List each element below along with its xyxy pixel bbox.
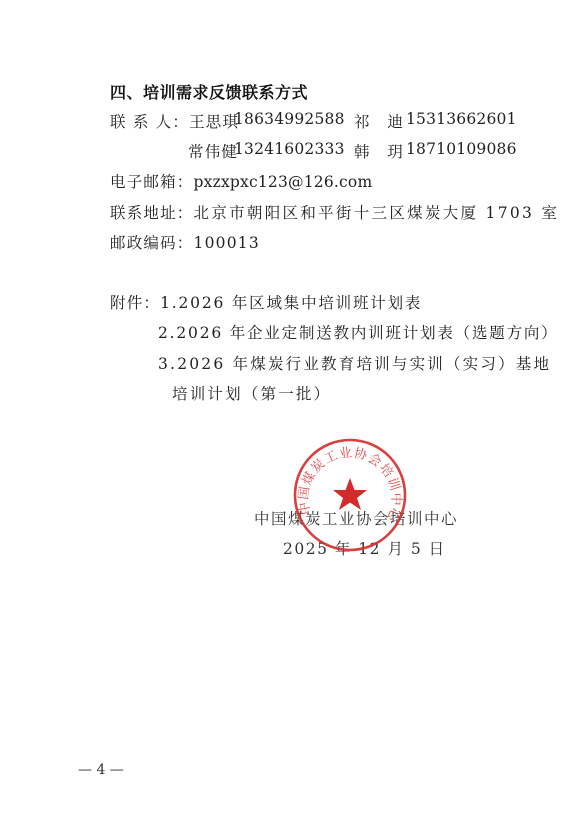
star-icon [333,478,367,510]
postcode-value: 100013 [194,234,260,252]
contact-name: 韩 玥 [354,140,404,162]
contact-name: 祁 迪 [354,110,404,132]
contact-phone: 18710109086 [406,140,517,158]
attachment-item: 培训计划（第一批） [172,382,331,404]
contact-name: 常伟健 [188,143,238,161]
address-label: 联系地址： [110,204,194,222]
section-heading: 四、培训需求反馈联系方式 [110,80,308,103]
email-label: 电子邮箱： [110,173,194,191]
attachment-item: 1.2026 年区域集中培训班计划表 [160,294,422,312]
contact-phone: 13241602333 [234,140,345,158]
contacts-row-1: 联 系 人：王思琪 18634992588 祁 迪 15313662601 [110,110,239,132]
address-value: 北京市朝阳区和平街十三区煤炭大厦 1703 室 [194,204,560,222]
email-value: pxzxpxc123@126.com [194,173,373,191]
contacts-label: 联 系 人： [110,113,189,131]
email-row: 电子邮箱：pxzxpxc123@126.com [110,170,372,192]
attachment-item: 2.2026 年企业定制送教内训班计划表（选题方向） [158,321,558,343]
page-number: — 4 — [78,762,124,778]
contact-name: 王思琪 [189,113,239,131]
attachments-row-1: 附件：1.2026 年区域集中培训班计划表 [110,291,422,313]
attachments-label: 附件： [110,294,160,312]
contact-phone: 18634992588 [234,110,345,128]
address-row: 联系地址：北京市朝阳区和平街十三区煤炭大厦 1703 室 [110,201,559,223]
postcode-row: 邮政编码：100013 [110,231,260,253]
contacts-row-2: 常伟健 13241602333 韩 玥 18710109086 [188,140,238,162]
official-seal-icon: 中国煤炭工业协会培训中心 [292,437,408,553]
postcode-label: 邮政编码： [110,234,194,252]
contact-phone: 15313662601 [406,110,517,128]
attachment-item: 3.2026 年煤炭行业教育培训与实训（实习）基地 [158,352,551,374]
